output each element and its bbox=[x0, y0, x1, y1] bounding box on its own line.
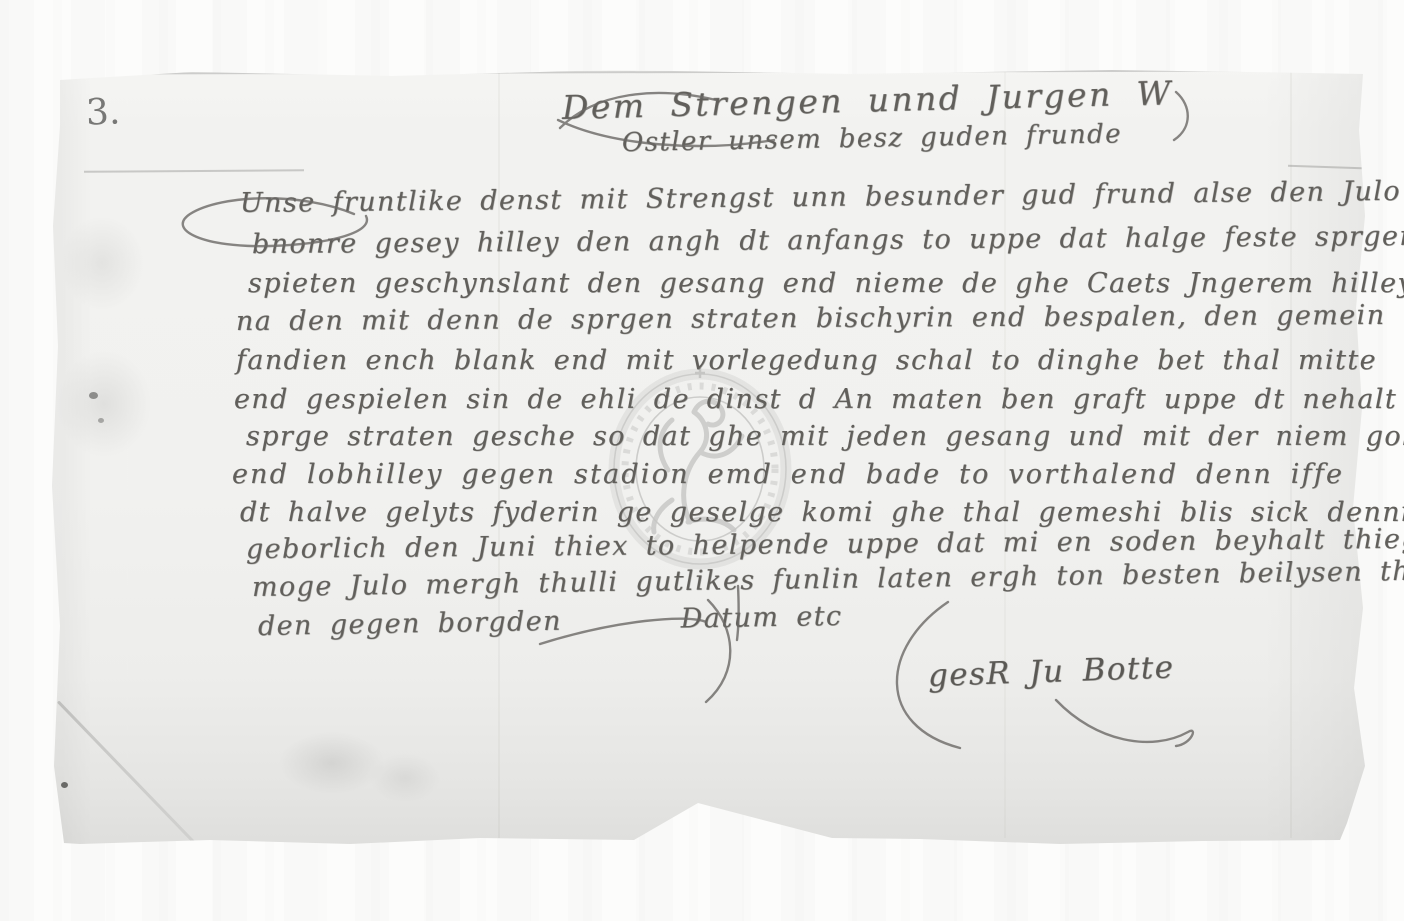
ink-spot bbox=[89, 392, 98, 399]
body-line: na den mit denn de sprgen straten bischy… bbox=[236, 300, 1386, 337]
scan-background: 3. Dem Strengen unnd Jurgen W Ostler uns… bbox=[0, 0, 1404, 921]
body-line: dt halve gelyts fyderin ge geselge komi … bbox=[240, 497, 1404, 528]
body-line: sprge straten gesche so dat ghe mit jede… bbox=[246, 421, 1404, 452]
paper-stain bbox=[280, 732, 384, 794]
paper-stain bbox=[370, 754, 440, 802]
body-line: end lobhilley gegen stadion emd end bade… bbox=[232, 459, 1344, 490]
ink-spot bbox=[61, 782, 68, 788]
paper-stain bbox=[56, 350, 152, 458]
crease-top-right bbox=[1288, 165, 1362, 170]
folio-number: 3. bbox=[85, 91, 121, 133]
body-line: end gespielen sin de ehli de dinst d An … bbox=[234, 384, 1397, 415]
body-line: fandien ench blank end mit vorlegedung s… bbox=[236, 345, 1377, 376]
body-line: spieten geschynslant den gesang end niem… bbox=[248, 268, 1404, 299]
crease-bottom-left bbox=[57, 700, 197, 845]
paper-stain bbox=[60, 216, 144, 310]
ink-spot bbox=[98, 418, 104, 423]
